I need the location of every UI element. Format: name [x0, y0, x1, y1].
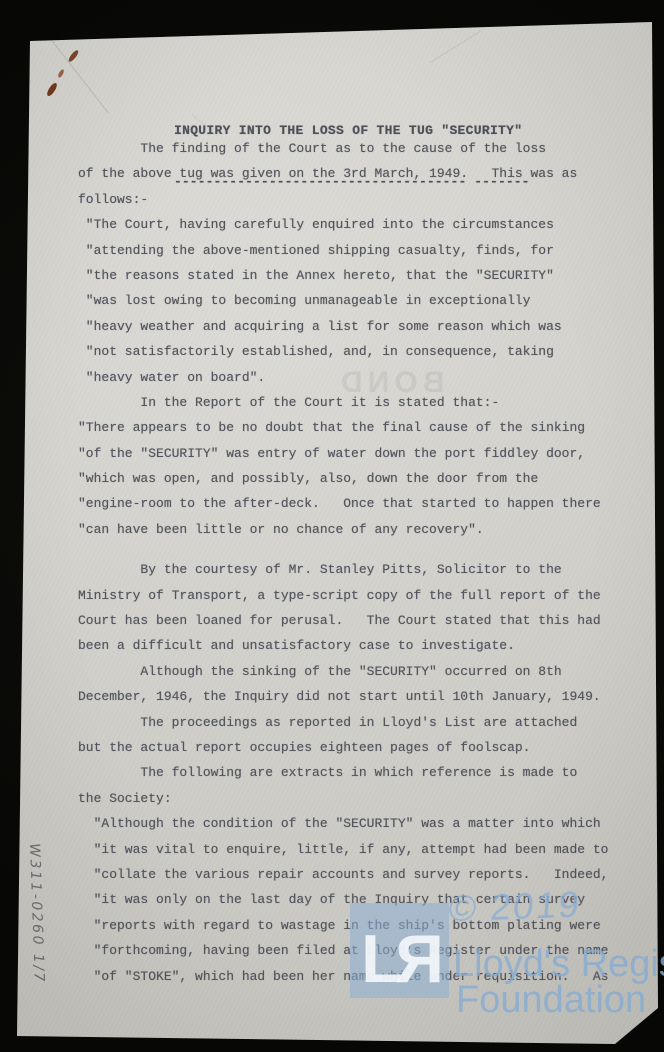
typed-line: but the actual report occupies eighteen …: [78, 740, 644, 765]
typed-line: December, 1946, the Inquiry did not star…: [78, 689, 644, 714]
typed-line: "the reasons stated in the Annex hereto,…: [78, 268, 644, 293]
typed-line: "it was vital to enquire, little, if any…: [78, 842, 644, 867]
document-page: BOND INQUIRY INTO THE LOSS OF THE TUG "S…: [0, 0, 664, 1052]
typed-line: Ministry of Transport, a type-script cop…: [78, 588, 644, 613]
paper-crease: [430, 30, 481, 63]
typed-line: The proceedings as reported in Lloyd's L…: [78, 715, 644, 740]
typed-line: "was lost owing to becoming unmanageable…: [78, 293, 644, 318]
typed-line: "There appears to be no doubt that the f…: [78, 420, 644, 445]
paper-crease: [51, 40, 108, 113]
typed-line: "forthcoming, having been filed at Lloyd…: [78, 943, 644, 968]
typed-line: "engine-room to the after-deck. Once tha…: [78, 496, 644, 521]
typed-line: "which was open, and possibly, also, dow…: [78, 471, 644, 496]
paper-crease: [192, 114, 206, 126]
typed-line: "of the "SECURITY" was entry of water do…: [78, 446, 644, 471]
paper-bond-ghost-watermark: BOND: [336, 366, 444, 400]
rust-stain: [57, 69, 65, 79]
title-underline: ------------------------------------- --…: [174, 173, 530, 190]
typed-line: In the Report of the Court it is stated …: [78, 395, 644, 420]
typed-line: The finding of the Court as to the cause…: [78, 141, 644, 166]
typed-line: been a difficult and unsatisfactory case…: [78, 638, 644, 663]
typed-line: follows:-: [78, 192, 644, 217]
typed-line: Court has been loaned for perusal. The C…: [78, 613, 644, 638]
typed-line: "not satisfactorily established, and, in…: [78, 344, 644, 369]
rust-stain: [67, 49, 80, 63]
archive-reference-annotation: W311-0260 1/7: [26, 843, 47, 984]
typed-line: "of "STOKE", which had been her name whi…: [78, 969, 644, 994]
photo-background: BOND INQUIRY INTO THE LOSS OF THE TUG "S…: [0, 0, 664, 1052]
typed-line: "heavy water on board".: [78, 370, 644, 395]
document-title: INQUIRY INTO THE LOSS OF THE TUG "SECURI…: [174, 122, 530, 139]
typed-line: By the courtesy of Mr. Stanley Pitts, So…: [78, 562, 644, 587]
typed-line: [78, 547, 644, 562]
rust-stain: [45, 82, 58, 98]
typed-line: "heavy weather and acquiring a list for …: [78, 319, 644, 344]
document-header: INQUIRY INTO THE LOSS OF THE TUG "SECURI…: [174, 88, 530, 224]
typed-line: the Society:: [78, 791, 644, 816]
typed-line: "can have been little or no chance of an…: [78, 522, 644, 547]
typed-lines: The finding of the Court as to the cause…: [78, 141, 644, 994]
typed-line: "reports with regard to wastage in the s…: [78, 918, 644, 943]
typed-line: "attending the above-mentioned shipping …: [78, 243, 644, 268]
typed-line: "it was only on the last day of the Inqu…: [78, 892, 644, 917]
typed-line: "Although the condition of the "SECURITY…: [78, 816, 644, 841]
typed-line: "The Court, having carefully enquired in…: [78, 217, 644, 242]
typed-line: of the above tug was given on the 3rd Ma…: [78, 166, 644, 191]
typed-line: "collate the various repair accounts and…: [78, 867, 644, 892]
typed-line: The following are extracts in which refe…: [78, 765, 644, 790]
typed-line: Although the sinking of the "SECURITY" o…: [78, 664, 644, 689]
